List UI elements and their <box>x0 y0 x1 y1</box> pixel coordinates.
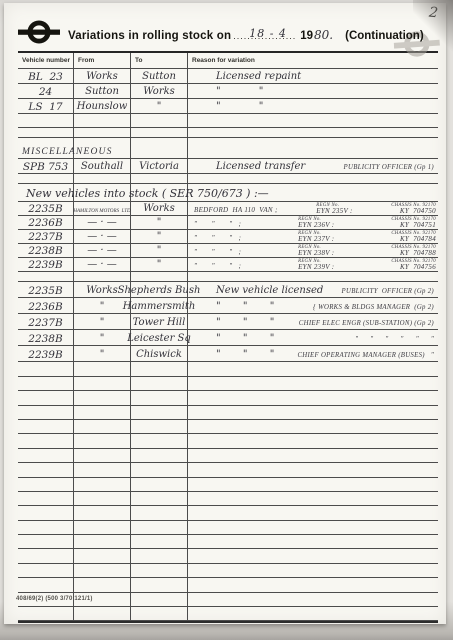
cell-reason: " " "{ WORKS & BLDGS MANAGER (Gp 2) <box>188 298 438 313</box>
handwritten-date: 18 - 4 <box>249 27 287 40</box>
cell-reason: " " "CHIEF OPERATING MANAGER (BUSES) " <box>188 346 438 361</box>
to-text: Tower Hill <box>133 318 186 329</box>
table-row <box>18 449 438 463</box>
chassis-value: KY 704784 <box>400 236 436 243</box>
scanned-form-page: { "page": { "number_handwritten": "2", "… <box>0 0 453 640</box>
from-text: — · — <box>87 218 117 229</box>
cell-to: Shepherds Bush <box>131 282 188 297</box>
cell-vehicle-number <box>18 578 74 591</box>
chassis-number: CHASSIS No. 92170KY 704756 <box>391 260 436 272</box>
table-row: 2235BWorksShepherds BushNew vehicle lice… <box>18 282 438 298</box>
table-row: 2235BHAMILTON MOTORS LTDWorksBEDFORD HA … <box>18 202 438 216</box>
to-text: Victoria <box>139 162 179 173</box>
cell-to <box>131 377 188 390</box>
cell-vehicle-number <box>18 535 74 548</box>
table-row: New vehicles into stock ( SER 750/673 ) … <box>18 184 438 202</box>
cell-to <box>131 607 188 620</box>
cell-from: Sutton <box>74 84 131 98</box>
cell-from: Works <box>74 69 131 83</box>
regn-value: EYN 239V : <box>298 264 334 271</box>
cell-to: " <box>131 244 188 257</box>
cell-vehicle-number <box>18 607 74 620</box>
registration-number: REGN No.EYN 239V : <box>298 260 334 272</box>
year-printed: 19 <box>300 30 313 42</box>
cell-to <box>131 128 188 137</box>
cell-vehicle-number: 2239B <box>18 346 74 361</box>
table-row: 2239B— · —"" " " ;REGN No.EYN 239V :CHAS… <box>18 258 438 272</box>
from-text: " <box>100 318 105 329</box>
vehicle-model-text: " " " ; <box>194 234 241 243</box>
cell-to <box>131 578 188 591</box>
handwritten-year: 80. <box>314 28 333 42</box>
cell-reason <box>188 406 438 419</box>
cell-to <box>131 521 188 534</box>
chassis-value: KY 704756 <box>400 264 436 271</box>
cell-from: Hounslow <box>74 99 131 113</box>
cell-from <box>74 114 131 127</box>
registration-number: REGN No.EYN 238V : <box>298 246 334 258</box>
paper-sheet: Variations in rolling stock on .........… <box>4 3 446 624</box>
form-header: Variations in rolling stock on .........… <box>18 13 440 49</box>
table-row <box>18 578 438 592</box>
cell-vehicle-number: BL 23 <box>18 69 74 83</box>
table-row <box>18 506 438 520</box>
cell-reason <box>188 114 438 127</box>
cell-from <box>74 272 131 281</box>
cell-from <box>74 478 131 491</box>
cell-to: " <box>131 99 188 113</box>
cell-reason: " " " ;REGN No.EYN 238V :CHASSIS No. 921… <box>188 244 438 257</box>
from-text: " <box>100 350 105 361</box>
cell-reason <box>188 420 438 433</box>
cell-reason: New vehicle licensedPUBLICITY OFFICER (G… <box>188 282 438 297</box>
registration-number: REGN No.EYN 236V : <box>298 218 334 230</box>
cell-to <box>131 506 188 519</box>
cell-reason <box>188 391 438 404</box>
cell-from <box>74 174 131 183</box>
reason-text: " " <box>216 87 263 97</box>
cell-vehicle-number <box>18 114 74 127</box>
cell-to: Chiswick <box>131 346 188 361</box>
cell-vehicle-number: 24 <box>18 84 74 98</box>
cell-reason: " " " ;REGN No.EYN 239V :CHASSIS No. 921… <box>188 258 438 271</box>
cell-reason <box>188 492 438 505</box>
cell-vehicle-number: 2238B <box>18 244 74 257</box>
regn-value: EYN 238V : <box>298 250 334 257</box>
from-text: — · — <box>87 246 117 257</box>
regn-value: EYN 235V : <box>316 208 352 215</box>
cell-reason <box>188 535 438 548</box>
cell-from <box>74 420 131 433</box>
cell-vehicle-number: 2238B <box>18 330 74 345</box>
cell-from <box>74 506 131 519</box>
table-row <box>18 391 438 405</box>
table-row <box>18 114 438 128</box>
cell-reason <box>188 521 438 534</box>
column-header: From <box>74 53 131 68</box>
cell-vehicle-number <box>18 377 74 390</box>
to-text: Works <box>143 87 175 98</box>
cell-from: " <box>74 346 131 361</box>
cell-to <box>131 434 188 447</box>
cell-from: HAMILTON MOTORS LTD <box>74 202 131 215</box>
chassis-value: KY 704750 <box>400 208 436 215</box>
vehicle-model-text: " " " ; <box>194 220 241 229</box>
cell-from <box>74 128 131 137</box>
cell-from <box>74 492 131 505</box>
cell-to <box>131 174 188 183</box>
chassis-number: CHASSIS No. 92170KY 704784 <box>391 232 436 244</box>
cell-vehicle-number: 2237B <box>18 314 74 329</box>
from-text: Works <box>86 286 118 297</box>
cell-from: " <box>74 330 131 345</box>
from-text: " <box>100 334 105 345</box>
cell-reason: Licensed transferPUBLICITY OFFICER (Gp 1… <box>188 159 438 173</box>
registration-number: REGN No.EYN 237V : <box>298 232 334 244</box>
cell-reason: " " " ;REGN No.EYN 236V :CHASSIS No. 921… <box>188 216 438 229</box>
cell-vehicle-number <box>18 434 74 447</box>
cell-to: " <box>131 216 188 229</box>
cell-to <box>131 564 188 577</box>
cell-to <box>131 362 188 375</box>
cell-reason <box>188 362 438 375</box>
table-row <box>18 434 438 448</box>
from-text: Sutton <box>85 87 119 98</box>
table-row <box>18 377 438 391</box>
to-text: " <box>157 260 162 271</box>
table-row <box>18 174 438 184</box>
to-text: " <box>157 218 162 229</box>
table-row: SPB 753SouthallVictoriaLicensed transfer… <box>18 159 438 174</box>
table-row: 2237B"Tower Hill" " "CHIEF ELEC ENGR (SU… <box>18 314 438 330</box>
table-row: 2237B— · —"" " " ;REGN No.EYN 237V :CHAS… <box>18 230 438 244</box>
from-text: Southall <box>81 162 123 173</box>
cell-to <box>131 391 188 404</box>
cell-reason <box>188 138 438 158</box>
cell-reason: BEDFORD HA 110 VAN ;REGN No.EYN 235V :CH… <box>188 202 438 215</box>
cell-from <box>74 549 131 562</box>
cell-to <box>131 463 188 476</box>
cell-reason <box>188 478 438 491</box>
cell-to <box>131 272 188 281</box>
cell-reason: " " <box>188 84 438 98</box>
vehicle-number-text: 2238B <box>28 334 62 346</box>
form-title: Variations in rolling stock on <box>68 30 231 42</box>
section-label: MISCELLANEOUS <box>22 147 113 157</box>
cell-reason <box>188 506 438 519</box>
cell-from: — · — <box>74 216 131 229</box>
cell-vehicle-number <box>18 362 74 375</box>
to-text: Works <box>143 204 175 215</box>
cell-vehicle-number: 2237B <box>18 230 74 243</box>
london-transport-roundel-icon <box>18 19 60 50</box>
chassis-number: CHASSIS No. 92170KY 704750 <box>391 204 436 216</box>
cell-from: — · — <box>74 230 131 243</box>
cell-vehicle-number <box>18 420 74 433</box>
cell-from <box>74 449 131 462</box>
cell-from <box>74 362 131 375</box>
vehicle-number-text: 2239B <box>28 260 62 272</box>
header-row: Vehicle numberFromToReason for variation <box>18 51 438 69</box>
vehicle-number-text: 2236B <box>28 302 62 314</box>
vehicle-number-text: BL 23 <box>28 72 63 84</box>
to-text: Sutton <box>142 72 176 83</box>
note-text: New vehicles into stock ( SER 750/673 ) … <box>26 187 269 200</box>
column-header: To <box>131 53 188 68</box>
officer-annotation: PUBLICITY OFFICER (Gp 2) <box>342 288 434 296</box>
cell-reason <box>188 174 438 183</box>
from-text: — · — <box>87 232 117 243</box>
vehicle-number-text: 2236B <box>28 218 62 230</box>
to-text: " <box>157 102 162 113</box>
to-text: " <box>157 246 162 257</box>
cell-vehicle-number <box>18 463 74 476</box>
cell-vehicle-number: SPB 753 <box>18 159 74 173</box>
reason-text: " " <box>216 102 263 112</box>
cell-to: Tower Hill <box>131 314 188 329</box>
cell-to <box>131 420 188 433</box>
cell-reason <box>188 377 438 390</box>
cell-vehicle-number <box>18 174 74 183</box>
cell-reason <box>188 272 438 281</box>
cell-from <box>74 391 131 404</box>
reason-text: Licensed transfer <box>216 162 305 172</box>
cell-to: " <box>131 230 188 243</box>
table-row: 2239B"Chiswick" " "CHIEF OPERATING MANAG… <box>18 346 438 362</box>
cell-reason <box>188 549 438 562</box>
cell-reason: " " <box>188 99 438 113</box>
table-row: 24SuttonWorks" " <box>18 84 438 99</box>
cell-reason <box>188 463 438 476</box>
reason-text: " " " <box>216 302 274 312</box>
cell-reason <box>188 564 438 577</box>
vehicle-model-text: " " " ; <box>194 262 241 271</box>
cell-to <box>131 549 188 562</box>
page-number-handwritten: 2 <box>428 5 439 22</box>
cell-reason: " " "CHIEF ELEC ENGR (SUB-STATION) (Gp 2… <box>188 314 438 329</box>
table-row: 2236B"Hammersmith" " "{ WORKS & BLDGS MA… <box>18 298 438 314</box>
cell-reason <box>188 449 438 462</box>
table-row <box>18 463 438 477</box>
date-dotted-line: ..................18 - 4 <box>233 31 296 41</box>
table-row: LS 17Hounslow"" " <box>18 99 438 114</box>
cell-to <box>131 114 188 127</box>
from-text: Works <box>86 72 118 83</box>
cell-to <box>131 138 188 158</box>
cell-from <box>74 564 131 577</box>
cell-vehicle-number: 2235B <box>18 282 74 297</box>
table-row: 2236B— · —"" " " ;REGN No.EYN 236V :CHAS… <box>18 216 438 230</box>
cell-to <box>131 535 188 548</box>
column-header: Vehicle number <box>18 53 74 68</box>
cell-vehicle-number <box>18 521 74 534</box>
vehicle-number-text: 2237B <box>28 232 62 244</box>
cell-vehicle-number <box>18 549 74 562</box>
officer-annotation: CHIEF OPERATING MANAGER (BUSES) " <box>297 352 434 360</box>
vehicle-number-text: 2237B <box>28 318 62 330</box>
officer-annotation: { WORKS & BLDGS MANAGER (Gp 2) <box>313 304 434 312</box>
cell-from: — · — <box>74 258 131 271</box>
vehicle-number-text: 2239B <box>28 350 62 362</box>
cell-vehicle-number <box>18 391 74 404</box>
cell-to <box>131 406 188 419</box>
cell-to <box>131 449 188 462</box>
chassis-number: CHASSIS No. 92170KY 704751 <box>391 218 436 230</box>
cell-reason <box>188 128 438 137</box>
table-row <box>18 564 438 578</box>
regn-value: EYN 237V : <box>298 236 334 243</box>
cell-to: Leicester Sq <box>131 330 188 345</box>
table-row <box>18 362 438 376</box>
table-row: 2238B— · —"" " " ;REGN No.EYN 238V :CHAS… <box>18 244 438 258</box>
cell-from: " <box>74 314 131 329</box>
vehicle-number-text: 2235B <box>28 204 62 216</box>
cell-vehicle-number <box>18 449 74 462</box>
cell-to: Victoria <box>131 159 188 173</box>
cell-reason <box>188 578 438 591</box>
cell-reason <box>188 593 438 606</box>
officer-annotation: PUBLICITY OFFICER (Gp 1) <box>344 164 434 172</box>
table-row <box>18 549 438 563</box>
cell-vehicle-number: 2235B <box>18 202 74 215</box>
table-row <box>18 535 438 549</box>
table-row <box>18 406 438 420</box>
cell-reason: " " "" " " " " " <box>188 330 438 345</box>
officer-annotation: " " " " " " <box>355 336 434 344</box>
cell-vehicle-number: 2236B <box>18 298 74 313</box>
cell-to <box>131 478 188 491</box>
reason-text: " " " <box>216 334 274 344</box>
footer-form-code: 408/69(2) (500 3/70 121/1) <box>16 596 93 602</box>
vehicle-number-text: LS 17 <box>28 102 62 114</box>
table-row <box>18 492 438 506</box>
cell-vehicle-number <box>18 478 74 491</box>
reason-text: New vehicle licensed <box>216 286 323 296</box>
cell-reason <box>188 434 438 447</box>
cell-from <box>74 377 131 390</box>
cell-from <box>74 578 131 591</box>
chassis-number: CHASSIS No. 92170KY 704788 <box>391 246 436 258</box>
reason-text: Licensed repaint <box>216 72 301 82</box>
table-row: MISCELLANEOUS <box>18 138 438 159</box>
cell-reason: Licensed repaint <box>188 69 438 83</box>
cell-from: Southall <box>74 159 131 173</box>
table-row: 2238B"Leicester Sq" " "" " " " " " <box>18 330 438 346</box>
cell-from <box>74 535 131 548</box>
cell-from <box>74 434 131 447</box>
cell-vehicle-number: 2239B <box>18 258 74 271</box>
cell-to: Works <box>131 202 188 215</box>
to-text: " <box>157 232 162 243</box>
cell-vehicle-number <box>18 564 74 577</box>
regn-value: EYN 236V : <box>298 222 334 229</box>
from-text: HAMILTON MOTORS LTD <box>73 209 130 216</box>
cell-reason: " " " ;REGN No.EYN 237V :CHASSIS No. 921… <box>188 230 438 243</box>
to-text: Hammersmith <box>123 302 196 313</box>
table-row <box>18 478 438 492</box>
vehicle-number-text: 24 <box>39 87 52 99</box>
form-table: Vehicle numberFromToReason for variation… <box>18 51 438 623</box>
spacer <box>429 93 434 112</box>
reason-text: " " " <box>216 350 274 360</box>
cell-to: Works <box>131 84 188 98</box>
cell-vehicle-number: LS 17 <box>18 99 74 113</box>
cell-reason <box>188 607 438 620</box>
to-text: Chiswick <box>136 350 182 361</box>
chassis-value: KY 704751 <box>400 222 436 229</box>
table-row <box>18 420 438 434</box>
table-row <box>18 607 438 621</box>
cell-from <box>74 406 131 419</box>
officer-annotation: CHIEF ELEC ENGR (SUB-STATION) (Gp 2) <box>299 320 434 328</box>
vehicle-number-text: SPB 753 <box>23 162 68 174</box>
from-text: Hounslow <box>77 102 128 113</box>
vehicle-number-text: 2235B <box>28 286 62 298</box>
chassis-value: KY 704788 <box>400 250 436 257</box>
cell-vehicle-number: 2236B <box>18 216 74 229</box>
table-row <box>18 272 438 282</box>
cell-to <box>131 492 188 505</box>
cell-from <box>74 463 131 476</box>
table-row <box>18 521 438 535</box>
cell-from: — · — <box>74 244 131 257</box>
table-row <box>18 128 438 138</box>
cell-from <box>74 607 131 620</box>
from-text: — · — <box>87 260 117 271</box>
registration-number: REGN No.EYN 235V : <box>316 204 352 216</box>
cell-vehicle-number <box>18 128 74 137</box>
cell-vehicle-number <box>18 272 74 281</box>
cell-to: " <box>131 258 188 271</box>
to-text: Leicester Sq <box>127 334 191 345</box>
vehicle-model-text: BEDFORD HA 110 VAN ; <box>194 206 278 215</box>
cell-to: Sutton <box>131 69 188 83</box>
cell-vehicle-number <box>18 492 74 505</box>
vehicle-number-text: 2238B <box>28 246 62 258</box>
continuation-label: (Continuation) <box>345 30 424 42</box>
cell-to: Hammersmith <box>131 298 188 313</box>
table-row: BL 23WorksSuttonLicensed repaint <box>18 69 438 84</box>
from-text: " <box>100 302 105 313</box>
cell-vehicle-number <box>18 506 74 519</box>
cell-vehicle-number <box>18 406 74 419</box>
vehicle-model-text: " " " ; <box>194 248 241 257</box>
reason-text: " " " <box>216 318 274 328</box>
cell-to <box>131 593 188 606</box>
cell-from <box>74 521 131 534</box>
